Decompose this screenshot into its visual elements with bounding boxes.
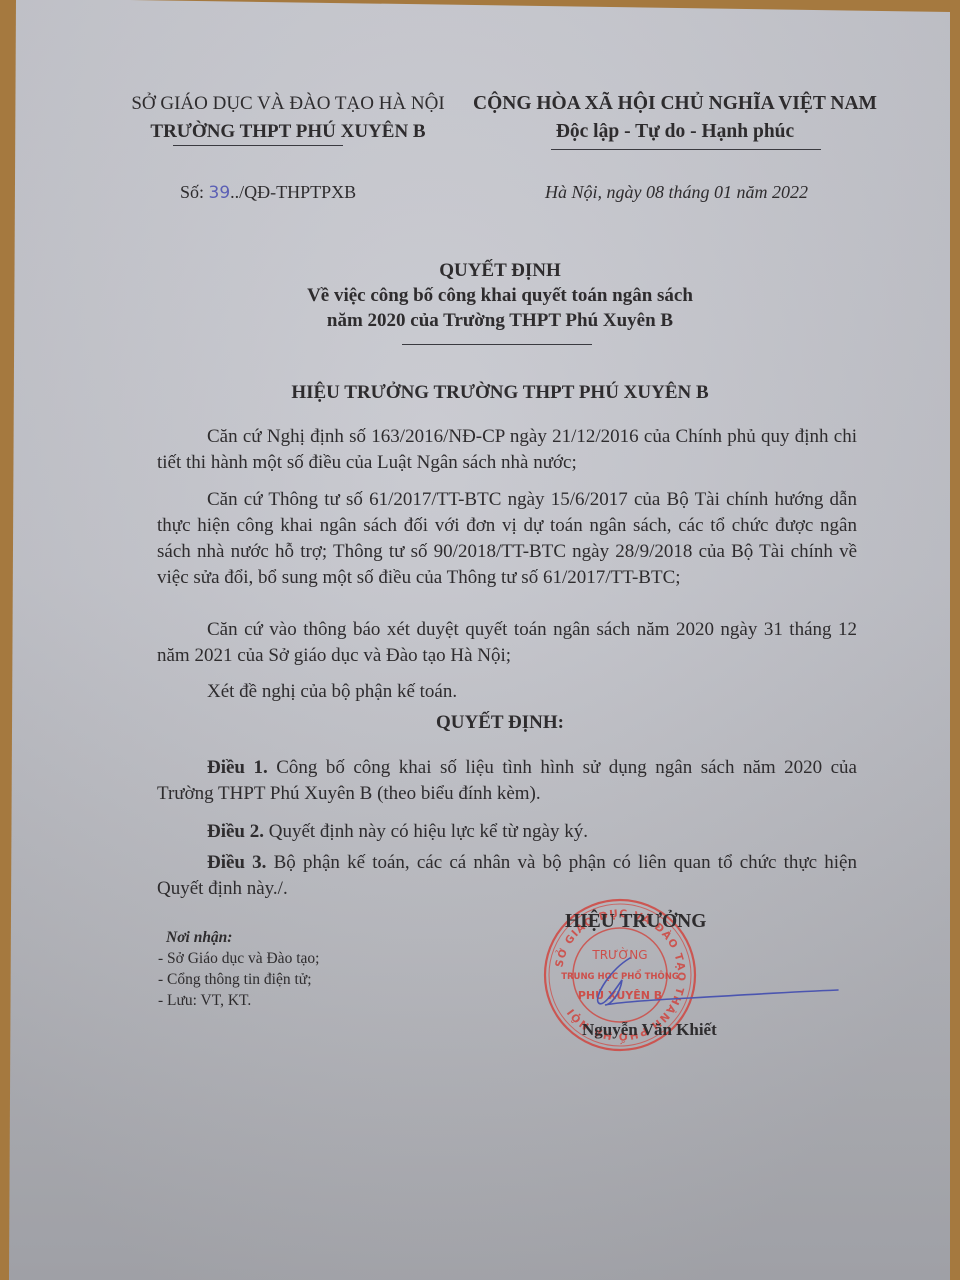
article-text: Quyết định này có hiệu lực kể từ ngày ký… [264, 821, 588, 842]
article-label: Điều 1. [207, 757, 268, 778]
national-motto: Độc lập - Tự do - Hạnh phúc [455, 118, 895, 146]
header-right-underline [551, 149, 821, 150]
preamble-text: Căn cứ Nghị định số 163/2016/NĐ-CP ngày … [157, 424, 857, 476]
article-1: Điều 1. Công bố công khai số liệu tình h… [157, 755, 857, 807]
signatory-title: HIỆU TRƯỞNG [565, 911, 706, 933]
subject-line-2: năm 2020 của Trường THPT Phú Xuyên B [200, 308, 800, 333]
recipient-item: - Cổng thông tin điện tử; [158, 969, 319, 990]
preamble-1: Căn cứ Nghị định số 163/2016/NĐ-CP ngày … [157, 424, 857, 476]
handwritten-signature-icon [590, 950, 840, 1020]
article-label: Điều 3. [207, 852, 266, 873]
recipient-item: - Lưu: VT, KT. [158, 990, 319, 1011]
title-heading: QUYẾT ĐỊNH [200, 258, 800, 283]
number-prefix: Số: [180, 182, 209, 202]
article-2: Điều 2. Quyết định này có hiệu lực kể từ… [157, 819, 857, 845]
decision-heading: QUYẾT ĐỊNH: [200, 712, 800, 734]
number-suffix: ../QĐ-THPTPXB [230, 182, 356, 202]
preamble-2: Căn cứ Thông tư số 61/2017/TT-BTC ngày 1… [157, 487, 857, 591]
agency-name: SỞ GIÁO DỤC VÀ ĐÀO TẠO HÀ NỘI [98, 90, 478, 118]
document-title: QUYẾT ĐỊNH Về việc công bố công khai quy… [200, 258, 800, 333]
document-number: Số: 39../QĐ-THPTPXB [180, 182, 356, 203]
recipient-item: - Sở Giáo dục và Đào tạo; [158, 948, 319, 969]
preamble-4: Xét đề nghị của bộ phận kế toán. [157, 679, 857, 705]
school-name: TRƯỜNG THPT PHÚ XUYÊN B [98, 118, 478, 146]
article-3: Điều 3. Bộ phận kế toán, các cá nhân và … [157, 850, 857, 902]
preamble-3: Căn cứ vào thông báo xét duyệt quyết toá… [157, 617, 857, 669]
place-date: Hà Nội, ngày 08 tháng 01 năm 2022 [545, 182, 808, 203]
title-underline [402, 344, 592, 345]
preamble-text: Căn cứ vào thông báo xét duyệt quyết toá… [157, 617, 857, 669]
preamble-text: Căn cứ Thông tư số 61/2017/TT-BTC ngày 1… [157, 487, 857, 591]
header-left-underline [173, 145, 343, 146]
signatory-name: Nguyễn Văn Khiết [582, 1020, 717, 1040]
preamble-text: Xét đề nghị của bộ phận kế toán. [157, 679, 857, 705]
issuing-authority: HIỆU TRƯỞNG TRƯỜNG THPT PHÚ XUYÊN B [200, 382, 800, 404]
handwritten-number: 39 [209, 183, 231, 203]
header-right: CỘNG HÒA XÃ HỘI CHỦ NGHĨA VIỆT NAM Độc l… [455, 90, 895, 146]
article-label: Điều 2. [207, 821, 264, 842]
subject-line-1: Về việc công bố công khai quyết toán ngâ… [200, 283, 800, 308]
recipients-label: Nơi nhận: [158, 927, 319, 948]
country-name: CỘNG HÒA XÃ HỘI CHỦ NGHĨA VIỆT NAM [455, 90, 895, 118]
recipients-block: Nơi nhận: - Sở Giáo dục và Đào tạo; - Cổ… [158, 927, 319, 1011]
header-left: SỞ GIÁO DỤC VÀ ĐÀO TẠO HÀ NỘI TRƯỜNG THP… [98, 90, 478, 146]
